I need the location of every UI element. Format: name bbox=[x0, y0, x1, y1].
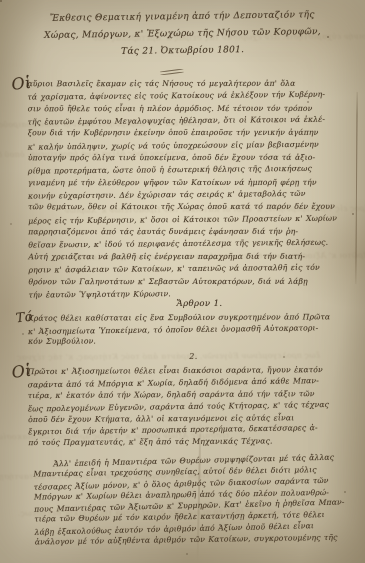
manuscript-text-line: ρησιν κ' ἀσφάλειαν τῶν Κατοίκων, κ' ταπε… bbox=[28, 262, 355, 277]
manuscript-page-photo: κοινήν εὐχαρίστησιν. Δέν ἐχώρισαν τάς σε… bbox=[0, 0, 365, 563]
article-2-heading: 2. bbox=[22, 352, 365, 361]
opening-paragraph: Οἱ αὔριοι Βασιλεῖς ἔκαμαν εἰς τάς Νήσους… bbox=[27, 77, 355, 301]
document-title: Ἔκθεσις Θεματική γιναμένη ἀπό τήν Δεπουτ… bbox=[8, 7, 358, 63]
manuscript-text-line: πό τούς Πραγματευτάς, κ' ἕξη ἀπό τάς Μηχ… bbox=[28, 435, 355, 449]
paper-specks bbox=[0, 0, 2, 2]
article-2-paragraph: Οἱ Πρῶτοι κ' Ἀξιοσημείωτοι θέλει εἶναι δ… bbox=[28, 363, 356, 450]
closing-paragraph: Ἀλλ' ἐπειδή ἡ Μπαντιέρα τῶν Θυρέων συμψη… bbox=[33, 452, 356, 549]
article-1-paragraph: Τό Κράτος θέλει καθίσταται εἰς ἕνα Συμβο… bbox=[28, 311, 355, 348]
ink-layer: Ἔκθεσις Θεματική γιναμένη ἀπό τήν Δεπουτ… bbox=[0, 0, 365, 563]
article-1-heading: Ἄρθρον 1. bbox=[34, 299, 365, 309]
manuscript-text-line: κόν Συμβούλιον. bbox=[28, 334, 355, 347]
flourish-mark bbox=[160, 69, 184, 77]
